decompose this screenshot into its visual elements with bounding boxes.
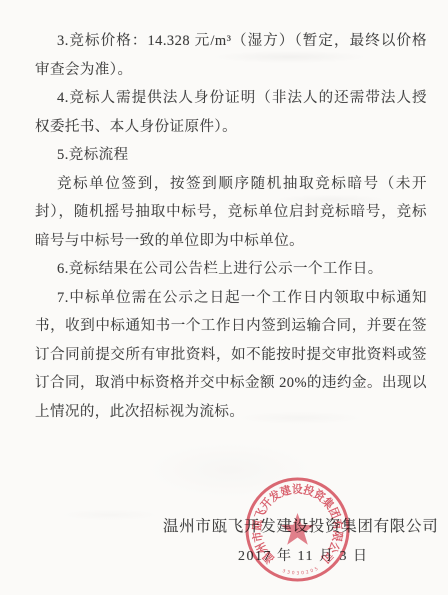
paragraph: 6.竞标结果在公司公告栏上进行公示一个工作日。 [35,255,427,284]
svg-text:33030205: 33030205 [282,565,321,577]
document-page: 3.竞标价格：14.328 元/m³（湿方）（暂定，最终以价格审查会为准）。 4… [0,0,448,595]
paragraph: 4.竞标人需提供法人身份证明（非法人的还需带法人授权委托书、本人身份证原件）。 [35,84,427,141]
company-seal: 温州市瓯飞开发建设投资集团有限公司 33030205 [241,473,354,586]
paragraph: 5.竞标流程 [35,141,427,170]
paragraph: 7.中标单位需在公示之日起一个工作日内领取中标通知书，收到中标通知书一个工作日内… [35,284,427,427]
paragraph: 3.竞标价格：14.328 元/m³（湿方）（暂定，最终以价格审查会为准）。 [35,27,427,84]
paragraph: 竞标单位签到，按签到顺序随机抽取竞标暗号（未开封），随机摇号抽取中标号，竞标单位… [35,170,427,256]
document-body: 3.竞标价格：14.328 元/m³（湿方）（暂定，最终以价格审查会为准）。 4… [35,27,427,426]
seal-serial-number: 33030205 [282,565,321,577]
star-icon [281,513,314,545]
